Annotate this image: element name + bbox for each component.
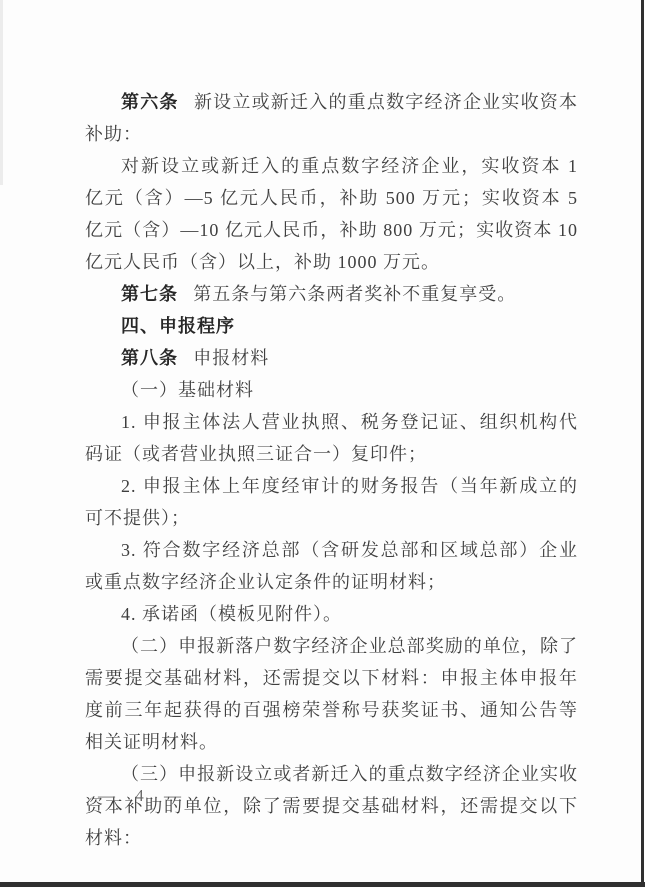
paragraph-subsidy-tiers: 对新设立或新迁入的重点数字经济企业，实收资本 1 亿元（含）—5 亿元人民币，补… bbox=[85, 150, 578, 278]
scan-edge-bottom bbox=[0, 882, 645, 887]
paragraph-material-2: 2. 申报主体上年度经审计的财务报告（当年新成立的可不提供）； bbox=[85, 470, 578, 534]
paragraph-item-3-paid-in-capital: （三）申报新设立或者新迁入的重点数字经济企业实收资本补助的单位，除了需要提交基础… bbox=[85, 758, 578, 854]
article-8-text: 申报材料 bbox=[193, 348, 269, 368]
paragraph-item-basic-materials: （一）基础材料 bbox=[85, 374, 578, 406]
scanned-document-page: 第六条新设立或新迁入的重点数字经济企业实收资本补助： 对新设立或新迁入的重点数字… bbox=[0, 0, 645, 888]
section-heading-4: 四、申报程序 bbox=[85, 310, 578, 342]
scan-edge-right bbox=[641, 0, 644, 886]
document-body: 第六条新设立或新迁入的重点数字经济企业实收资本补助： 对新设立或新迁入的重点数字… bbox=[85, 86, 578, 854]
paragraph-article-7: 第七条第五条与第六条两者奖补不重复享受。 bbox=[85, 278, 578, 310]
paragraph-material-4: 4. 承诺函（模板见附件）。 bbox=[85, 598, 578, 630]
paragraph-material-3: 3. 符合数字经济总部（含研发总部和区域总部）企业或重点数字经济企业认定条件的证… bbox=[85, 534, 578, 598]
paragraph-item-2-headquarters: （二）申报新落户数字经济企业总部奖励的单位，除了需要提交基础材料，还需提交以下材… bbox=[85, 630, 578, 758]
paragraph-article-6: 第六条新设立或新迁入的重点数字经济企业实收资本补助： bbox=[85, 86, 578, 150]
article-8-label: 第八条 bbox=[121, 348, 178, 368]
page-number: — 4 — bbox=[98, 786, 186, 806]
paragraph-material-1: 1. 申报主体法人营业执照、税务登记证、组织机构代码证（或者营业执照三证合一）复… bbox=[85, 406, 578, 470]
article-6-label: 第六条 bbox=[121, 92, 179, 112]
article-7-label: 第七条 bbox=[121, 284, 178, 304]
article-7-text: 第五条与第六条两者奖补不重复享受。 bbox=[193, 284, 516, 304]
paragraph-article-8: 第八条申报材料 bbox=[85, 342, 578, 374]
scan-edge-left bbox=[0, 0, 3, 185]
